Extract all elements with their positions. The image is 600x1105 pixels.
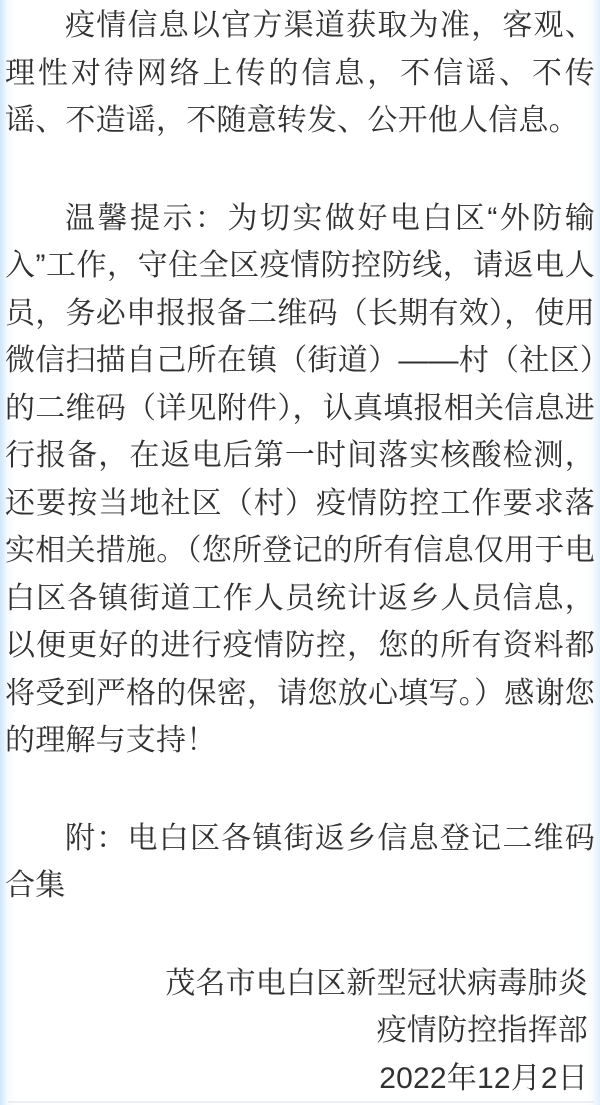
- paragraph-guideline: 疫情信息以官方渠道获取为准，客观、理性对待网络上传的信息，不信谣、不传谣、不造谣…: [5, 2, 595, 145]
- signature-date: 2022年12月2日: [5, 1055, 588, 1103]
- bottom-divider: [8, 1101, 594, 1103]
- paragraph-attachment: 附：电白区各镇街返乡信息登记二维码合集: [5, 815, 595, 910]
- article-body: 疫情信息以官方渠道获取为准，客观、理性对待网络上传的信息，不信谣、不传谣、不造谣…: [0, 0, 600, 1102]
- signature-org-line-1: 茂名市电白区新型冠状病毒肺炎: [5, 960, 588, 1008]
- article-page: 疫情信息以官方渠道获取为准，客观、理性对待网络上传的信息，不信谣、不传谣、不造谣…: [0, 0, 600, 1105]
- paragraph-notice: 温馨提示：为切实做好电白区“外防输入”工作，守住全区疫情防控防线，请返电人员，务…: [5, 195, 595, 765]
- signature-org-line-2: 疫情防控指挥部: [5, 1007, 588, 1055]
- signature-block: 茂名市电白区新型冠状病毒肺炎 疫情防控指挥部 2022年12月2日: [5, 960, 595, 1103]
